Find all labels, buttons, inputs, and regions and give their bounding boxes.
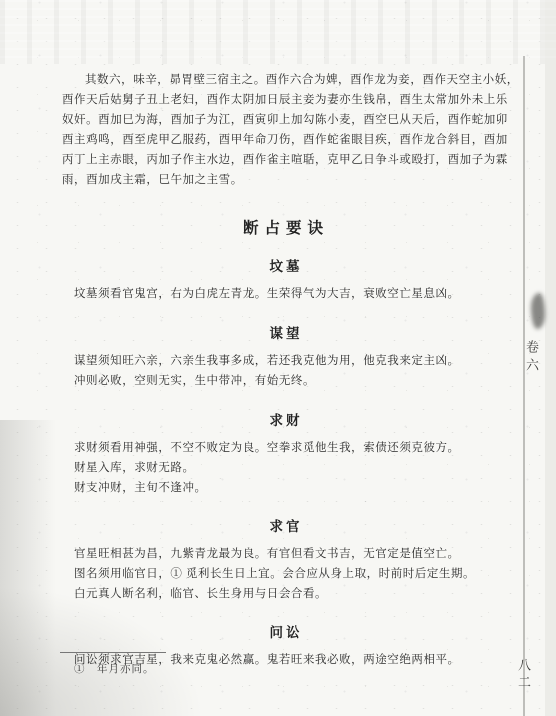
intro-line: 雨，酉加戌主霜，巳午加之主雪。: [62, 170, 510, 190]
intro-line: 奴奸。酉加巳为海，酉加子为江，酉寅卯上加勾陈小麦，酉空巳从天后，酉作蛇加卯: [62, 110, 510, 130]
section-office: 求官 官星旺相甚为昌，九紫青龙最为良。有官但看文书吉，无官定是值空亡。 图名须用…: [62, 515, 510, 604]
volume-label: 卷六: [522, 340, 541, 376]
ink-smudge: [531, 293, 545, 329]
scanned-book-page: 卷六 八二 其数六，味辛，昴胃壁三宿主之。酉作六合为婢，酉作龙为妾，酉作天空主小…: [0, 0, 556, 716]
section-aspiration: 谋望 谋望须知旺六亲，六亲生我事多成，若还我克他为用，他克我来定主凶。 冲则必败…: [62, 322, 510, 392]
section-title: 问讼: [62, 621, 510, 641]
intro-line: 丙丁上主赤眼，丙加子作主水边，酉作雀主喧聒，克甲乙日争斗或殴打，酉加子为霖: [62, 150, 510, 170]
section-text: 财支冲财，主旬不逢冲。: [62, 478, 510, 498]
section-tomb: 坟墓 坟墓须看官鬼宫，右为白虎左青龙。生荣得气为大吉，衰败空亡星息凶。: [62, 255, 510, 305]
section-text: 白元真人断名利，临官、长生身用与日会合看。: [62, 584, 510, 604]
section-text: 官星旺相甚为昌，九紫青龙最为良。有官但看文书吉，无官定是值空亡。: [62, 544, 510, 564]
section-text: 冲则必败，空则无实，生中带冲，有始无终。: [62, 371, 510, 392]
section-title: 谋望: [62, 322, 510, 342]
scan-streaks-top: [0, 0, 556, 64]
section-text: 谋望须知旺六亲，六亲生我事多成，若还我克他为用，他克我来定主凶。: [62, 351, 510, 372]
scan-shadow-left: [0, 420, 70, 716]
intro-line: 酉主鸡鸣，酉至虎甲乙服药，酉甲年命刀伤，酉作蛇雀眼目疾，酉作龙合斜目，酉加: [62, 130, 510, 150]
section-text: 求财须看用神强，不空不败定为良。空拳求觅他生我，索债还须克彼方。: [62, 438, 510, 458]
intro-line: 酉作天后姑舅子丑上老妇，酉作太阴加日辰主妾为妻亦生钱帛，酉生太常加外未上乐: [62, 90, 510, 110]
footnote-divider: [60, 652, 166, 653]
intro-line: 其数六，味辛，昴胃壁三宿主之。酉作六合为婢，酉作龙为妾，酉作天空主小妖，: [62, 70, 510, 90]
section-title: 求财: [62, 409, 510, 429]
page-number: 八二: [514, 658, 533, 692]
footnote-text: ① 年月亦同。: [74, 661, 155, 676]
page-content: 其数六，味辛，昴胃壁三宿主之。酉作六合为婢，酉作龙为妾，酉作天空主小妖， 酉作天…: [62, 70, 510, 670]
chapter-heading: 断占要诀: [62, 216, 510, 238]
section-text: 图名须用临官日，① 觅利长生日上宜。会合应从身上取，时前时后定生期。: [62, 564, 510, 584]
section-text: 财星入库，求财无路。: [62, 458, 510, 478]
section-title: 求官: [62, 515, 510, 535]
section-text: 坟墓须看官鬼宫，右为白虎左青龙。生荣得气为大吉，衰败空亡星息凶。: [62, 284, 510, 305]
page-edge-strip: [545, 0, 556, 716]
page-binding-line: [523, 56, 525, 716]
section-title: 坟墓: [62, 255, 510, 275]
intro-paragraph: 其数六，味辛，昴胃壁三宿主之。酉作六合为婢，酉作龙为妾，酉作天空主小妖， 酉作天…: [62, 70, 510, 190]
section-wealth: 求财 求财须看用神强，不空不败定为良。空拳求觅他生我，索债还须克彼方。 财星入库…: [62, 409, 510, 498]
